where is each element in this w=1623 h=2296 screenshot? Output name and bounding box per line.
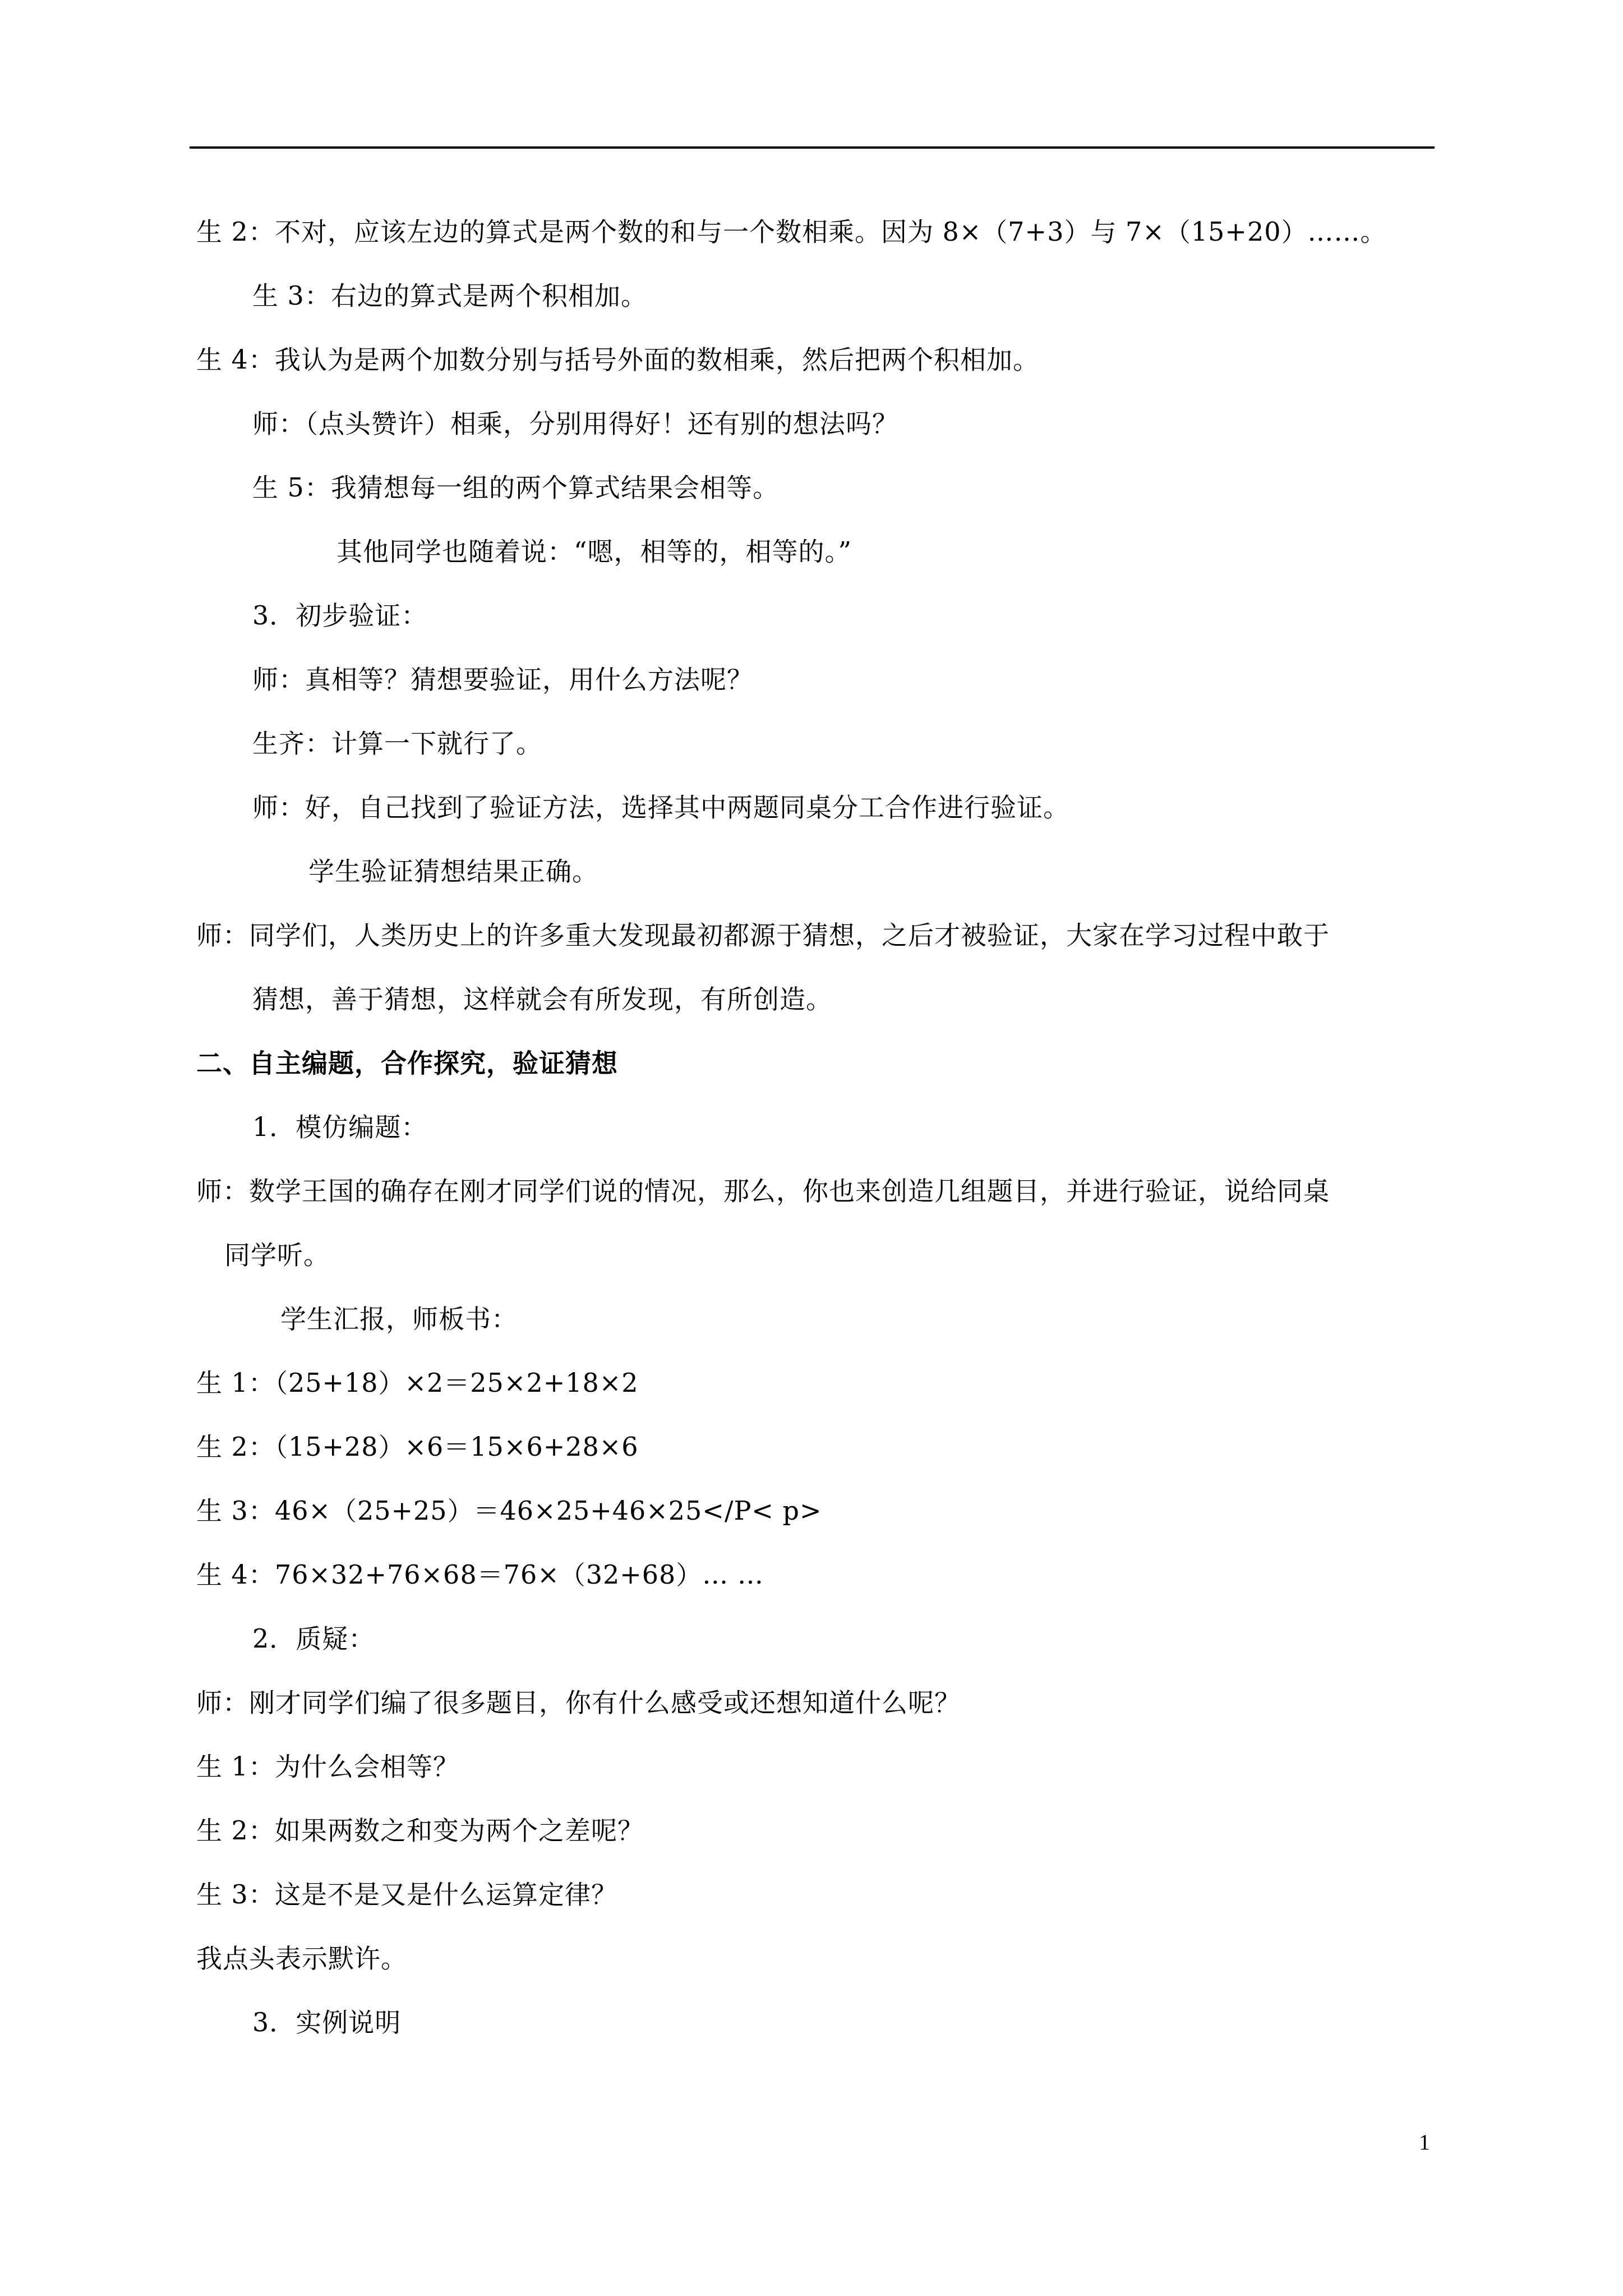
paragraph-line: 学生验证猜想结果正确。 (308, 854, 598, 888)
paragraph-line: 生 2：如果两数之和变为两个之差呢？ (196, 1814, 644, 1847)
paragraph-line: 师：同学们，人类历史上的许多重大发现最初都源于猜想，之后才被验证，大家在学习过程… (196, 918, 1330, 952)
paragraph-line: 师：真相等？猜想要验证，用什么方法呢？ (252, 662, 753, 696)
paragraph-line: 师：数学王国的确存在刚才同学们说的情况，那么，你也来创造几组题目，并进行验证，说… (196, 1174, 1330, 1208)
paragraph-line: 我点头表示默许。 (196, 1941, 407, 1975)
paragraph-line: 生 3：这是不是又是什么运算定律？ (196, 1878, 617, 1911)
paragraph-line: 2．质疑： (252, 1622, 375, 1655)
paragraph-line: 生 2：（15+28）×6＝15×6+28×6 (196, 1430, 639, 1464)
paragraph-line: 生 4：我认为是两个加数分别与括号外面的数相乘，然后把两个积相加。 (196, 343, 1039, 376)
paragraph-line: 生 1：（25+18）×2＝25×2+18×2 (196, 1366, 639, 1400)
paragraph-line: 猜想，善于猜想，这样就会有所发现，有所创造。 (252, 982, 832, 1016)
paragraph-line: 其他同学也随着说：“嗯，相等的，相等的。” (336, 535, 852, 568)
paragraph-line: 生 5：我猜想每一组的两个算式结果会相等。 (252, 471, 779, 504)
section-heading: 二、自主编题，合作探究，验证猜想 (196, 1046, 618, 1080)
paragraph-line: 3．实例说明 (252, 2005, 401, 2039)
paragraph-line: 生 2：不对，应该左边的算式是两个数的和与一个数相乘。因为 8×（7+3）与 7… (196, 215, 1386, 249)
paragraph-line: 3．初步验证： (252, 599, 427, 632)
paragraph-line: 同学听。 (224, 1238, 330, 1272)
paragraph-line: 师：刚才同学们编了很多题目，你有什么感受或还想知道什么呢？ (196, 1686, 961, 1719)
header-rule (190, 146, 1435, 149)
paragraph-line: 师：（点头赞许）相乘，分别用得好！还有别的想法吗？ (252, 407, 898, 440)
paragraph-line: 生 4：76×32+76×68＝76×（32+68）… … (196, 1558, 764, 1591)
paragraph-line: 生齐：计算一下就行了。 (252, 726, 542, 760)
paragraph-line: 师：好，自己找到了验证方法，选择其中两题同桌分工合作进行验证。 (252, 790, 1069, 824)
page-number: 1 (1419, 2129, 1430, 2156)
paragraph-line: 生 3：46×（25+25）＝46×25+46×25</P< p> (196, 1494, 822, 1527)
paragraph-line: 生 3：右边的算式是两个积相加。 (252, 279, 647, 312)
paragraph-line: 生 1：为什么会相等？ (196, 1750, 459, 1783)
paragraph-line: 学生汇报，师板书： (280, 1302, 518, 1336)
paragraph-line: 1．模仿编题： (252, 1110, 427, 1144)
